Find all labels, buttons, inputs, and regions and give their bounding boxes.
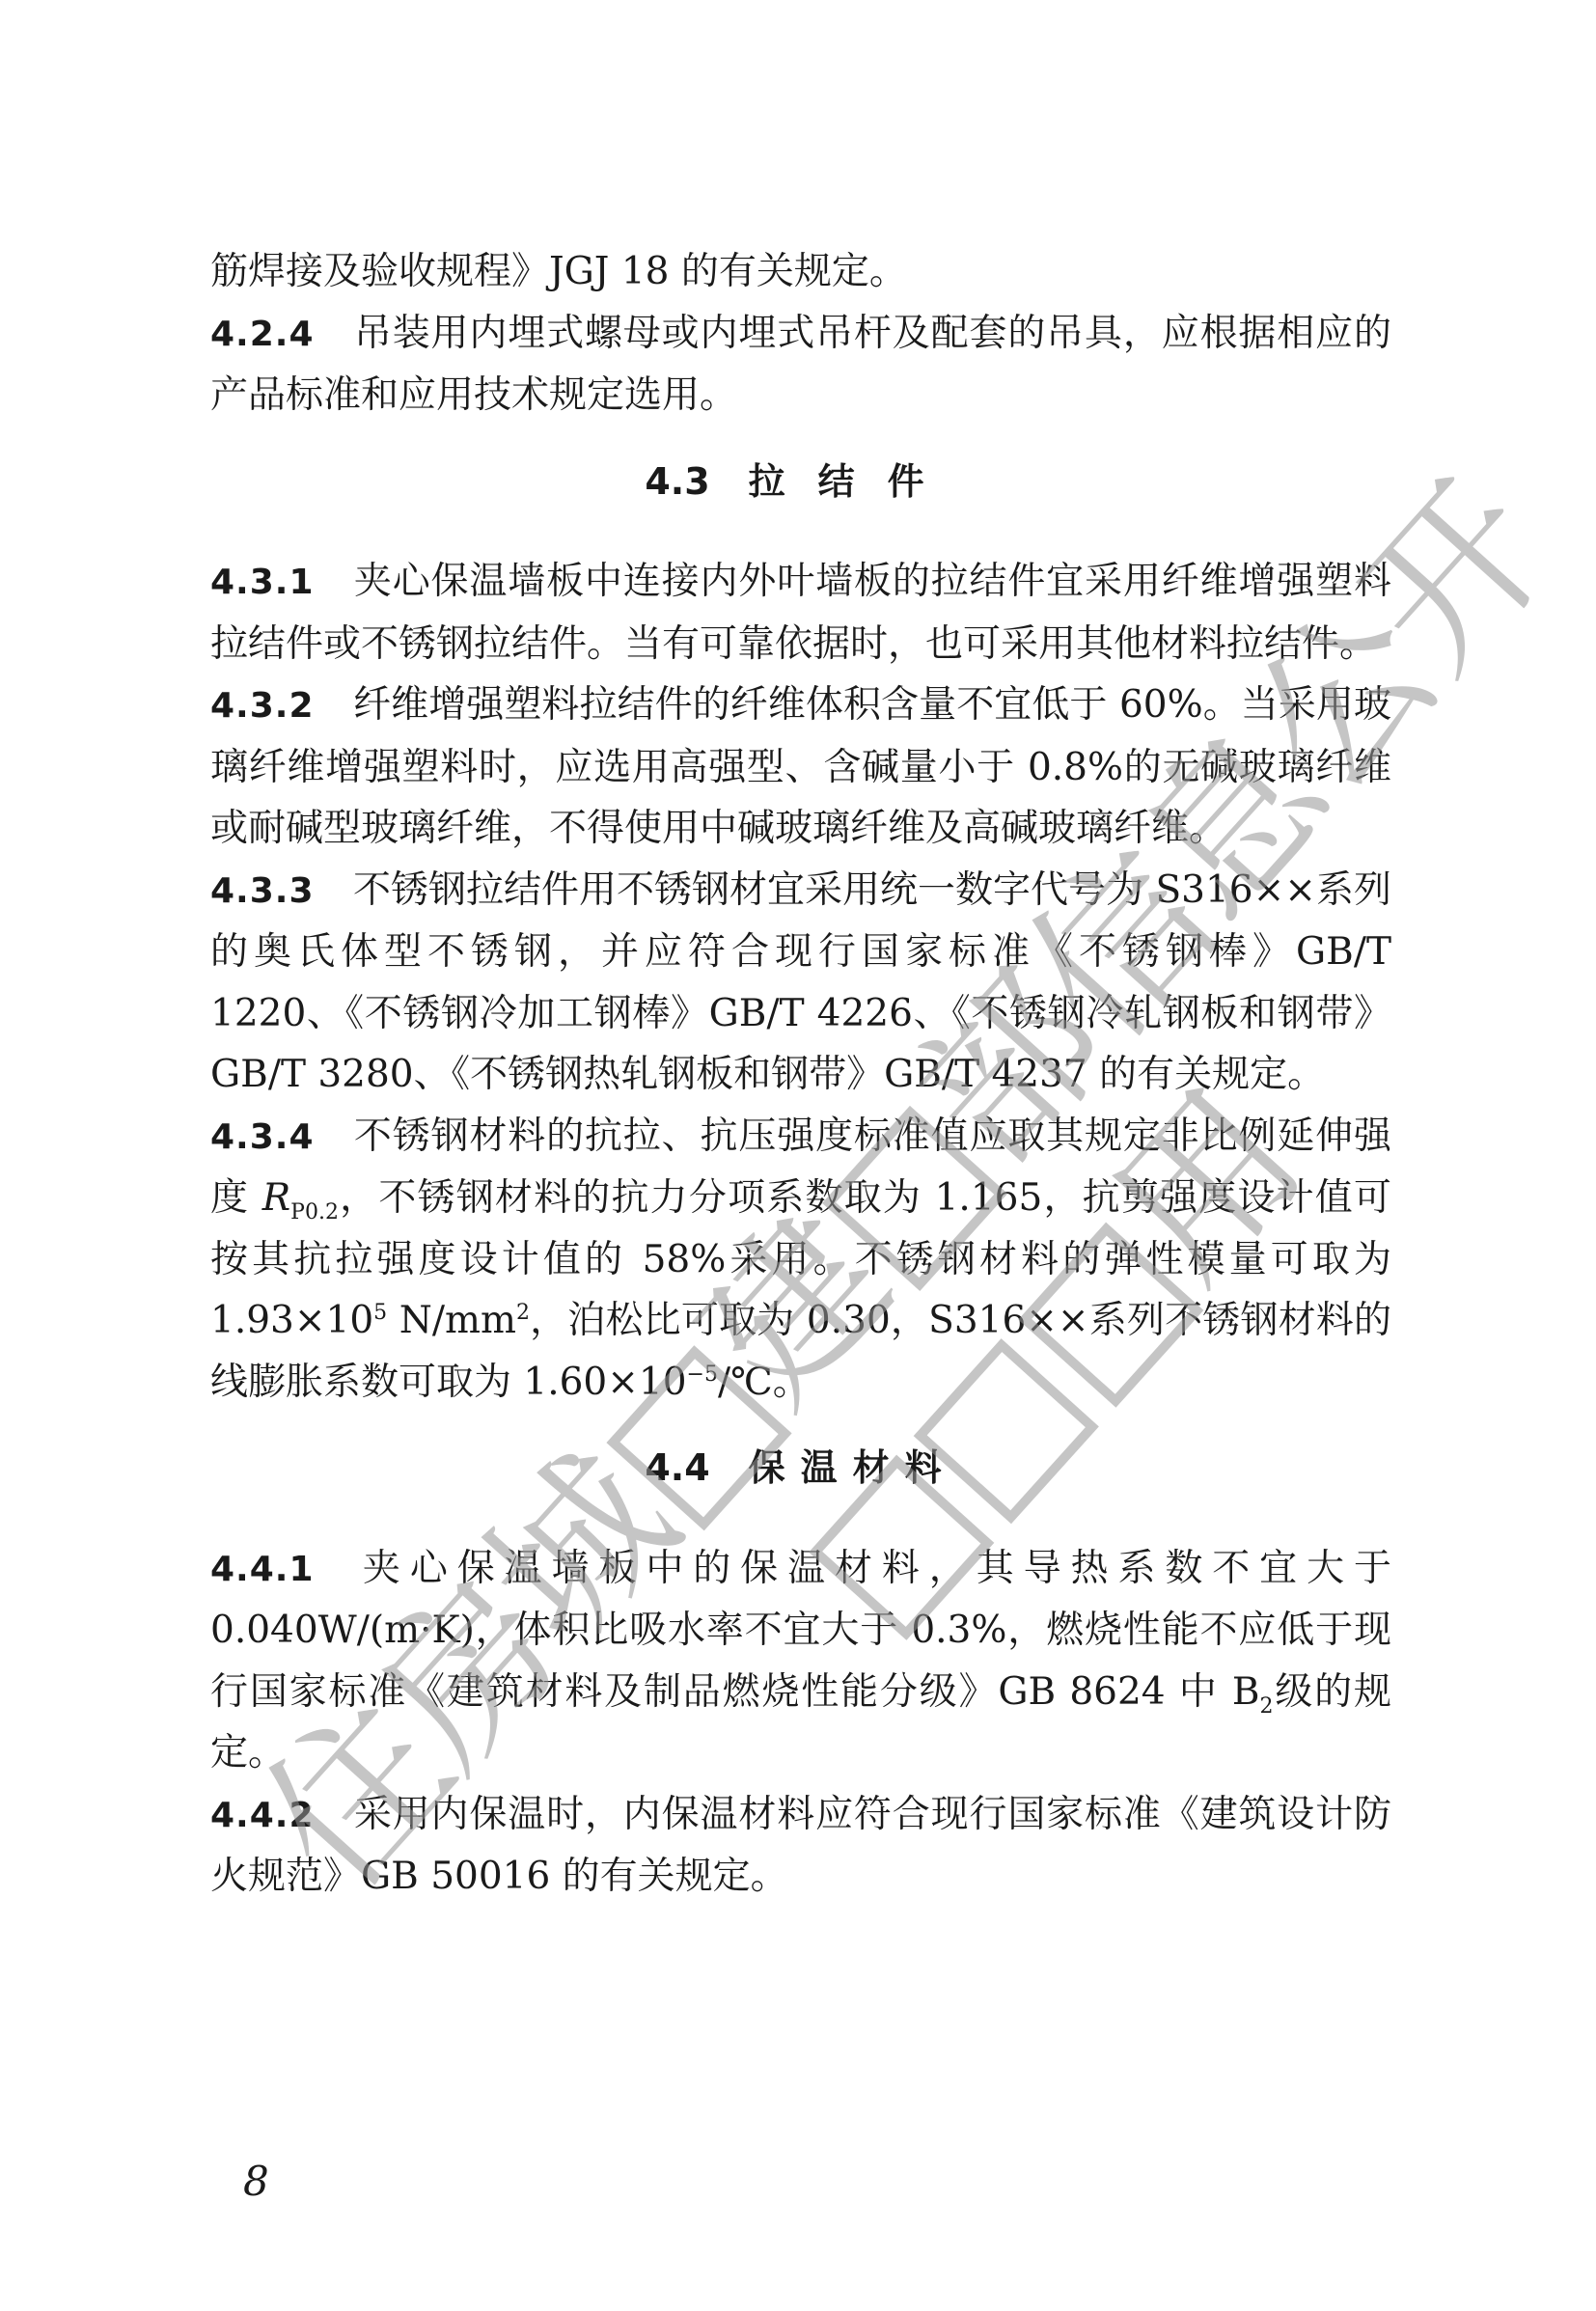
- section-number: 4.3: [645, 460, 709, 503]
- symbol-subscript: P0.2: [290, 1200, 339, 1224]
- exponent: 2: [516, 1301, 530, 1325]
- clause-4-3-1: 4.3.1夹心保温墙板中连接内外叶墙板的拉结件宜采用纤维增强塑料拉结件或不锈钢拉…: [210, 551, 1391, 674]
- clause-4-4-2: 4.4.2采用内保温时，内保温材料应符合现行国家标准《建筑设计防火规范》GB 5…: [210, 1784, 1391, 1908]
- clause-number: 4.3.1: [210, 552, 353, 614]
- clause-4-3-2: 4.3.2纤维增强塑料拉结件的纤维体积含量不宜低于 60%。当采用玻璃纤维增强塑…: [210, 674, 1391, 860]
- clause-4-3-4: 4.3.4不锈钢材料的抗拉、抗压强度标准值应取其规定非比例延伸强度 RP0.2，…: [210, 1106, 1391, 1414]
- section-title: 保温材料: [749, 1446, 957, 1489]
- exponent: −5: [687, 1362, 718, 1387]
- clause-number: 4.3.4: [210, 1107, 353, 1169]
- clause-text: 夹心保温墙板中连接内外叶墙板的拉结件宜采用纤维增强塑料拉结件或不锈钢拉结件。当有…: [210, 560, 1391, 666]
- clause-text: 纤维增强塑料拉结件的纤维体积含量不宜低于 60%。当采用玻璃纤维增强塑料时，应选…: [210, 683, 1391, 850]
- symbol-r: R: [262, 1176, 290, 1220]
- clause-number: 4.4.1: [210, 1539, 353, 1601]
- clause-number: 4.2.4: [210, 304, 353, 366]
- clause-number: 4.3.3: [210, 861, 353, 922]
- document-page: 筋焊接及验收规程》JGJ 18 的有关规定。 4.2.4吊装用内埋式螺母或内埋式…: [0, 0, 1596, 2311]
- clause-text: 采用内保温时，内保温材料应符合现行国家标准《建筑设计防火规范》GB 50016 …: [210, 1793, 1391, 1899]
- clause-text: 不锈钢拉结件用不锈钢材宜采用统一数字代号为 S316××系列的奥氏体型不锈钢，并…: [210, 868, 1391, 1097]
- clause-text-part: N/mm: [387, 1299, 516, 1342]
- section-title: 拉结件: [749, 460, 957, 503]
- clause-text-part: 夹心保温墙板中的保温材料，其导热系数不宜大于 0.040W/(m·K)，体积比吸…: [210, 1547, 1391, 1714]
- clause-text-part: /℃。: [718, 1361, 811, 1404]
- clause-text: 吊装用内埋式螺母或内埋式吊杆及配套的吊具，应根据相应的产品标准和应用技术规定选用…: [210, 312, 1391, 418]
- section-number: 4.4: [645, 1446, 709, 1489]
- subscript: 2: [1260, 1693, 1274, 1718]
- section-heading-4-4: 4.4保温材料: [210, 1438, 1391, 1499]
- section-heading-4-3: 4.3拉结件: [210, 452, 1391, 513]
- page-number: 8: [243, 2158, 269, 2205]
- continuation-paragraph: 筋焊接及验收规程》JGJ 18 的有关规定。: [210, 241, 1391, 303]
- clause-number: 4.4.2: [210, 1785, 353, 1847]
- clause-4-4-1: 4.4.1夹心保温墙板中的保温材料，其导热系数不宜大于 0.040W/(m·K)…: [210, 1538, 1391, 1784]
- clause-number: 4.3.2: [210, 675, 353, 737]
- exponent: 5: [373, 1301, 387, 1325]
- clause-4-2-4: 4.2.4吊装用内埋式螺母或内埋式吊杆及配套的吊具，应根据相应的产品标准和应用技…: [210, 303, 1391, 426]
- page-body: 筋焊接及验收规程》JGJ 18 的有关规定。 4.2.4吊装用内埋式螺母或内埋式…: [210, 241, 1391, 1908]
- clause-4-3-3: 4.3.3不锈钢拉结件用不锈钢材宜采用统一数字代号为 S316××系列的奥氏体型…: [210, 860, 1391, 1106]
